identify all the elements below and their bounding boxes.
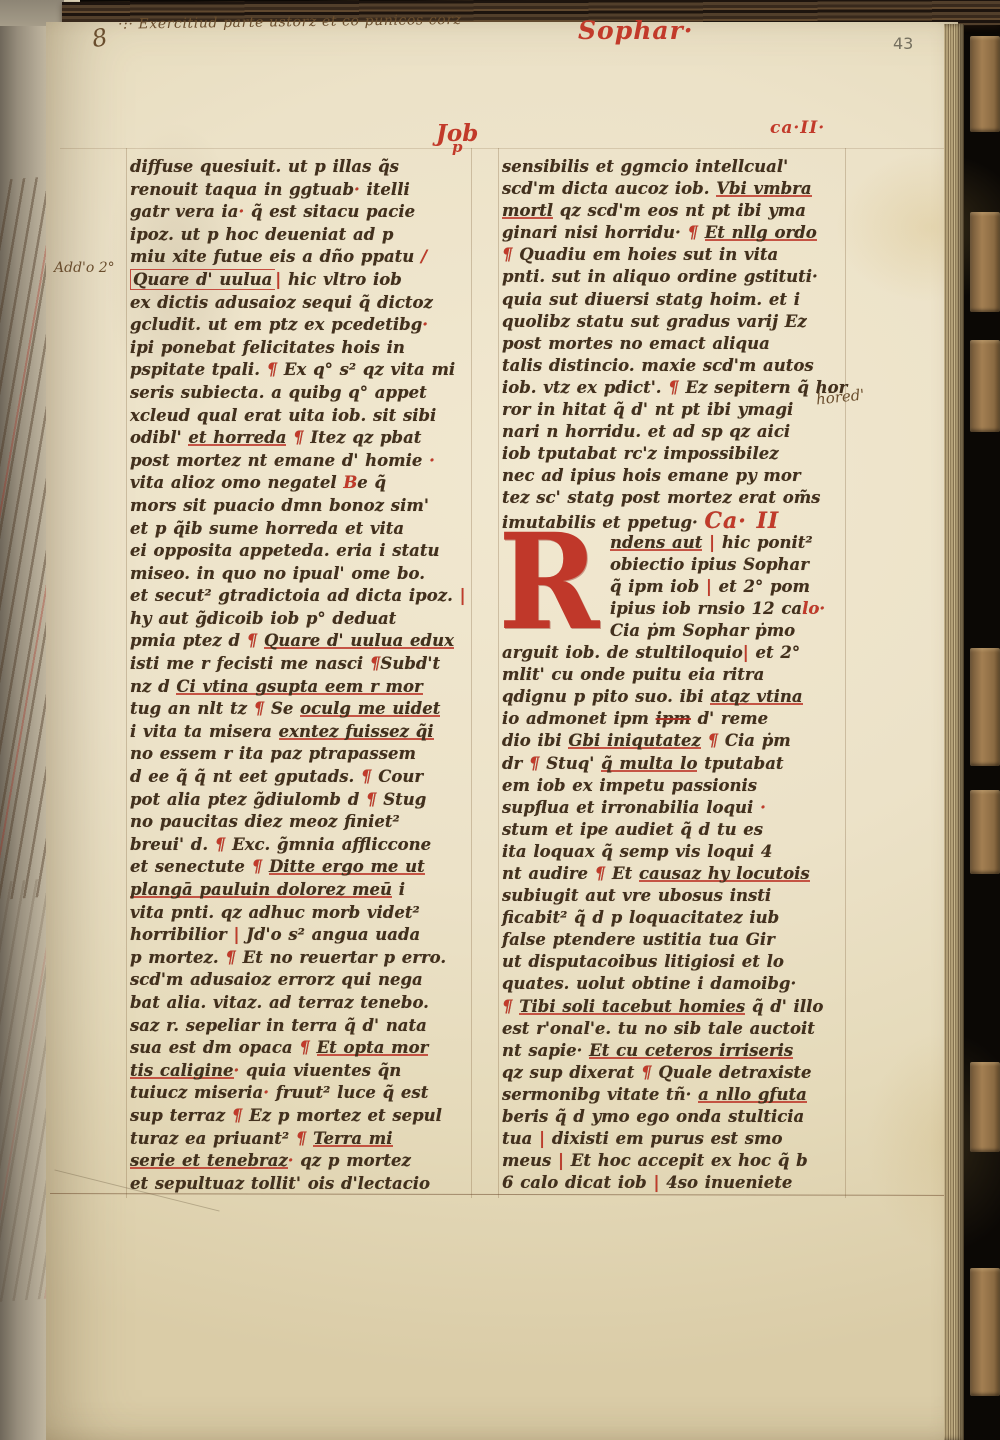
text-line: nt sapie· Et cu ceteros irriseris <box>502 1040 846 1062</box>
rubric-text: · <box>422 451 435 470</box>
script-text: Vbi vmbra <box>716 179 811 198</box>
text-line: ror in hitat q̃ d' nt pt ibi ymagi <box>502 399 846 421</box>
script-text: mortl <box>502 201 553 220</box>
rubric-text: ¶ <box>252 857 263 876</box>
script-text: gcludit. ut em ptz ex pcedetibg <box>130 315 422 334</box>
script-text: et horreda <box>188 428 286 447</box>
script-text: Ex q° s² qz vita mi <box>277 360 455 379</box>
script-text: renouit taqua in ggtuab <box>130 180 354 199</box>
script-text: Et opta mor <box>317 1038 429 1057</box>
script-text: Stug <box>376 790 426 809</box>
text-line: post mortes no emact aliqua <box>502 333 846 355</box>
text-line: ipius iob rnsio 12 calo· <box>610 598 846 620</box>
script-text: tputabat <box>697 754 783 773</box>
rubric-text: B <box>343 473 357 492</box>
text-line: scd'm dicta aucoz iob. Vbi vmbra <box>502 178 846 200</box>
text-line: ficabit² q̃ d p loquacitatez iub <box>502 907 846 929</box>
script-text: quolibz statu sut gradus varij Ez <box>502 312 807 331</box>
text-line: ¶ Quadiu em hoies sut in vita <box>502 244 846 266</box>
text-line: et p q̃ib sume horreda et vita <box>130 518 472 541</box>
script-text: est r'onal'e. tu no sib tale auctoit <box>502 1019 815 1038</box>
text-line: i vita ta misera exntez fuissez q̃i <box>130 721 472 744</box>
script-text: Et <box>605 864 639 883</box>
rubric-text: ¶ <box>641 1063 652 1082</box>
script-text: miseo. in quo no ipual' ome bo. <box>130 564 425 583</box>
script-text: nt sapie· <box>502 1041 589 1060</box>
ruling-vertical <box>498 148 499 1198</box>
text-line: q̃ ipm iob | et 2° pom <box>610 576 846 598</box>
rubric-text: ¶ <box>225 948 236 967</box>
script-text: et senectute <box>130 857 252 876</box>
script-text: 6 calo dicat iob <box>502 1173 653 1192</box>
rubric-text: lo· <box>802 599 825 618</box>
rubric-text: ¶ <box>247 631 258 650</box>
text-line: gatr vera ia· q̃ est sitacu pacie <box>130 201 472 224</box>
script-text: Quare d' uulua edux <box>264 631 454 650</box>
rubric-text: Ca· II <box>705 508 780 534</box>
text-line: sermonibg vitate tñ· a nllo gfuta <box>502 1084 846 1106</box>
script-text: Gbi iniqutatez <box>568 731 701 750</box>
script-text: et secut² gtradictoia ad dicta ipoz. <box>130 586 453 605</box>
script-text: sensibilis et ggmcio intellcual' <box>502 157 788 176</box>
script-text: talis distincio. maxie scd'm autos <box>502 356 814 375</box>
rubric-text: ¶ <box>708 731 719 750</box>
rubric-text: / <box>414 247 427 266</box>
rubric-text: ¶ <box>215 835 226 854</box>
script-text: nt audire <box>502 864 595 883</box>
text-line: qdignu p pito suo. ibi atqz vtina <box>502 686 846 708</box>
script-text: Quare d' uulua <box>130 269 275 290</box>
rubric-text: ¶ <box>502 997 513 1016</box>
text-line: pspitate tpali. ¶ Ex q° s² qz vita mi <box>130 359 472 382</box>
margin-note-additio: Add'o 2° <box>54 260 115 276</box>
index-tab <box>970 790 1000 874</box>
script-text: subiugit aut vre ubosus insti <box>502 886 771 905</box>
text-line: plangā pauluin dolorez meū i <box>130 879 472 902</box>
script-text: exntez fuissez q̃i <box>279 722 434 741</box>
script-text: pot alia ptez g̃diulomb d <box>130 790 366 809</box>
text-line: odibl' et horreda ¶ Itez qz pbat <box>130 427 472 450</box>
script-text: ex dictis adusaioz sequi q̃ dictoz <box>130 293 433 312</box>
text-line: scd'm adusaioz errorz qui nega <box>130 969 472 992</box>
text-line: ndens aut | hic ponit² <box>610 532 846 554</box>
script-text: isti me r fecisti me nasci <box>130 654 370 673</box>
column-header-chapter: ca·II· <box>770 118 825 138</box>
index-tab <box>970 648 1000 766</box>
script-text: itelli <box>360 180 410 199</box>
script-text: 4so inueniete <box>659 1173 792 1192</box>
text-line: et senectute ¶ Ditte ergo me ut <box>130 856 472 879</box>
script-text: Et cu ceteros irriseris <box>589 1041 793 1060</box>
script-text: xcleud qual erat uita iob. sit sibi <box>130 406 436 425</box>
script-text: tuiucz miseria <box>130 1083 263 1102</box>
manuscript-photo: { "page": { "running_title": "Sophar·", … <box>0 0 1000 1440</box>
script-text: Quale detraxiste <box>652 1063 812 1082</box>
script-text: qdignu p pito suo. ibi <box>502 687 710 706</box>
index-tab <box>970 1268 1000 1396</box>
rubric-text: · <box>753 798 766 817</box>
script-text: breui' d. <box>130 835 215 854</box>
script-text: iob. vtz ex pdict'. <box>502 378 668 397</box>
script-text <box>310 1038 317 1057</box>
script-text: sermonibg vitate tñ· <box>502 1085 698 1104</box>
script-text <box>262 857 269 876</box>
script-text: Ditte ergo me ut <box>269 857 425 876</box>
script-text: nz d <box>130 677 176 696</box>
text-line: nz d Ci vtina gsupta eem r mor <box>130 676 472 699</box>
column-red-mark: p <box>452 138 463 156</box>
text-line: turaz ea priuant² ¶ Terra mi <box>130 1128 472 1151</box>
script-text: em iob ex impetu passionis <box>502 776 757 795</box>
text-line: quolibz statu sut gradus varij Ez <box>502 311 846 333</box>
script-text: obiectio ipius Sophar <box>610 555 809 574</box>
script-text: hy aut g̃dicoib iob p° deduat <box>130 609 396 628</box>
script-text: Ci vtina gsupta eem r mor <box>176 677 422 696</box>
script-text: hic vltro iob <box>281 270 402 289</box>
text-line: talis distincio. maxie scd'm autos <box>502 355 846 377</box>
text-line: stum et ipe audiet q̃ d tu es <box>502 819 846 841</box>
script-text: Se <box>264 699 300 718</box>
script-text: fruut² luce q̃ est <box>269 1083 428 1102</box>
text-line: serie et tenebraz· qz p mortez <box>130 1150 472 1173</box>
script-text: e q̃ <box>357 473 386 492</box>
rubric-text: ¶ <box>361 767 372 786</box>
script-text: diffuse quesiuit. ut p illas q̃s <box>130 157 399 176</box>
rubric-text: ¶ <box>254 699 265 718</box>
drop-cap-initial: R <box>498 533 599 645</box>
script-text: tug an nlt tz <box>130 699 254 718</box>
text-line: 6 calo dicat iob | 4so inueniete <box>502 1172 846 1194</box>
script-text: scd'm adusaioz errorz qui nega <box>130 970 423 989</box>
script-text: false ptendere ustitia tua Gir <box>502 930 775 949</box>
text-line: ipoz. ut p hoc deueniat ad p <box>130 224 472 247</box>
script-text: q̃ est sitacu pacie <box>244 202 415 221</box>
script-text: Subd't <box>380 654 440 673</box>
script-text: Jd'o s² angua uada <box>239 925 420 944</box>
text-line: sup terraz ¶ Ez p mortez et sepul <box>130 1105 472 1128</box>
text-line: ¶ Tibi soli tacebut homies q̃ d' illo <box>502 996 846 1018</box>
script-text: pnti. sut in aliquo ordine gstituti· <box>502 267 818 286</box>
text-line: nec ad ipius hois emane py mor <box>502 465 846 487</box>
script-text: a nllo gfuta <box>698 1085 807 1104</box>
script-text: quates. uolut obtine i damoibg· <box>502 974 796 993</box>
script-text: ipius iob rnsio 12 ca <box>610 599 802 618</box>
script-text: horribilior <box>130 925 233 944</box>
text-line: quates. uolut obtine i damoibg· <box>502 973 846 995</box>
script-text: et p q̃ib sume horreda et vita <box>130 519 404 538</box>
text-line: ita loquax q̃ semp vis loqui 4 <box>502 841 846 863</box>
text-line: pnti. sut in aliquo ordine gstituti· <box>502 266 846 288</box>
ruling-horizontal-top <box>60 148 948 149</box>
text-line: horribilior | Jd'o s² angua uada <box>130 924 472 947</box>
text-line: dr ¶ Stuq' q̃ multa lo tputabat <box>502 753 846 775</box>
ruling-vertical <box>126 148 127 1198</box>
script-text: tis caligine <box>130 1061 234 1080</box>
script-text: ipi ponebat felicitates hois in <box>130 338 405 357</box>
script-text: Tibi soli tacebut homies <box>519 997 745 1016</box>
script-text: i vita ta misera <box>130 722 279 741</box>
script-text: Quadiu em hoies sut in vita <box>513 245 779 264</box>
text-line: p mortez. ¶ Et no reuertar p erro. <box>130 947 472 970</box>
script-text: bat alia. vitaz. ad terraz tenebo. <box>130 993 429 1012</box>
text-line: saz r. sepeliar in terra q̃ d' nata <box>130 1015 472 1038</box>
text-line: hy aut g̃dicoib iob p° deduat <box>130 608 472 631</box>
script-text: i <box>392 880 405 899</box>
script-text: ita loquax q̃ semp vis loqui 4 <box>502 842 772 861</box>
script-text: miu xite futue eis a dño ppatu <box>130 247 414 266</box>
script-text: qz sup dixerat <box>502 1063 641 1082</box>
script-text: qz scd'm eos nt pt ibi yma <box>553 201 806 220</box>
script-text: oculg me uidet <box>300 699 440 718</box>
script-text: Et nllg ordo <box>705 223 817 242</box>
text-line: seris subiecta. a quibg q° appet <box>130 382 472 405</box>
script-text: et 2° <box>749 643 800 662</box>
text-line: renouit taqua in ggtuab· itelli <box>130 179 472 202</box>
rubric-text: ¶ <box>366 790 377 809</box>
text-line: sensibilis et ggmcio intellcual' <box>502 156 846 178</box>
left-text-column: diffuse quesiuit. ut p illas q̃srenouit … <box>130 156 472 1195</box>
script-text: meus <box>502 1151 558 1170</box>
text-line: obiectio ipius Sophar <box>610 554 846 576</box>
script-text: qz p mortez <box>294 1151 411 1170</box>
script-text: post mortes no emact aliqua <box>502 334 770 353</box>
script-text: Cour <box>372 767 424 786</box>
rubric-text: ¶ <box>232 1106 243 1125</box>
script-text: scd'm dicta aucoz iob. <box>502 179 716 198</box>
script-text: plangā pauluin dolorez meū <box>130 880 392 899</box>
text-line: pot alia ptez g̃diulomb d ¶ Stug <box>130 789 472 812</box>
rubric-text: ¶ <box>370 654 381 673</box>
script-text: et sepultuaz tollit' ois d'lectacio <box>130 1174 430 1193</box>
text-line: iob tputabat rc'z impossibilez <box>502 443 846 465</box>
rubric-text: · <box>422 315 428 334</box>
script-text: supflua et irronabilia loqui <box>502 798 753 817</box>
script-text: saz r. sepeliar in terra q̃ d' nata <box>130 1016 427 1035</box>
text-line: xcleud qual erat uita iob. sit sibi <box>130 405 472 428</box>
rubric-text: ¶ <box>687 223 698 242</box>
script-text: Et hoc accepit ex hoc q̃ b <box>564 1151 808 1170</box>
text-line: tis caligine· quia viuentes q̃n <box>130 1060 472 1083</box>
script-text: ipm <box>656 709 691 728</box>
text-line: miu xite futue eis a dño ppatu / <box>130 246 472 269</box>
script-text: turaz ea priuant² <box>130 1129 296 1148</box>
text-line: meus | Et hoc accepit ex hoc q̃ b <box>502 1150 846 1172</box>
script-text: q̃ multa lo <box>601 754 697 773</box>
script-text: Et no reuertar p erro. <box>236 948 446 967</box>
text-line: tua | dixisti em purus est smo <box>502 1128 846 1150</box>
script-text: tua <box>502 1129 539 1148</box>
script-text: q̃ ipm iob <box>610 577 706 596</box>
script-text <box>701 731 708 750</box>
text-line: miseo. in quo no ipual' ome bo. <box>130 563 472 586</box>
text-line: tuiucz miseria· fruut² luce q̃ est <box>130 1082 472 1105</box>
text-line: sua est dm opaca ¶ Et opta mor <box>130 1037 472 1060</box>
text-line: no paucitas diez meoz finiet² <box>130 811 472 834</box>
script-text: nari n horridu. et ad sp qz aici <box>502 422 790 441</box>
text-line: em iob ex impetu passionis <box>502 775 846 797</box>
script-text: ficabit² q̃ d p loquacitatez iub <box>502 908 779 927</box>
index-tab <box>970 36 1000 132</box>
script-text: nec ad ipius hois emane py mor <box>502 466 801 485</box>
script-text: dixisti em purus est smo <box>545 1129 782 1148</box>
script-text <box>698 223 705 242</box>
rubric-text: ¶ <box>668 378 679 397</box>
text-line: d ee q̃ q̃ nt eet gputads. ¶ Cour <box>130 766 472 789</box>
script-text: Terra mi <box>313 1129 392 1148</box>
index-tab <box>970 212 1000 312</box>
text-line: pmia ptez d ¶ Quare d' uulua edux <box>130 630 472 653</box>
text-line: iob. vtz ex pdict'. ¶ Ez sepitern q̃ hor <box>502 377 846 399</box>
script-text: pmia ptez d <box>130 631 247 650</box>
script-text: Cia ṗm Sophar ṗmo <box>610 621 795 640</box>
script-text: stum et ipe audiet q̃ d tu es <box>502 820 763 839</box>
script-text: post mortez nt emane d' homie <box>130 451 422 470</box>
text-line: Quare d' uulua| hic vltro iob <box>130 269 472 292</box>
text-line: et sepultuaz tollit' ois d'lectacio <box>130 1173 472 1196</box>
script-text: causaz hy locutois <box>639 864 810 883</box>
script-text: seris subiecta. a quibg q° appet <box>130 383 427 402</box>
rubric-text: ¶ <box>529 754 540 773</box>
text-line: ipi ponebat felicitates hois in <box>130 337 472 360</box>
text-line: ginari nisi horridu· ¶ Et nllg ordo <box>502 222 846 244</box>
script-text: d' reme <box>691 709 768 728</box>
index-tab <box>970 340 1000 432</box>
script-text: gatr vera ia <box>130 202 238 221</box>
running-title: Sophar· <box>578 16 693 45</box>
script-text: Cia ṗm <box>718 731 791 750</box>
script-text: Ez sepitern q̃ hor <box>679 378 848 397</box>
script-text: iob tputabat rc'z impossibilez <box>502 444 779 463</box>
text-line: gcludit. ut em ptz ex pcedetibg· <box>130 314 472 337</box>
script-text: Exc. g̃mnia affliccone <box>225 835 431 854</box>
text-line: breui' d. ¶ Exc. g̃mnia affliccone <box>130 834 472 857</box>
text-line: et secut² gtradictoia ad dicta ipoz. | <box>130 585 472 608</box>
text-line: vita pnti. qz adhuc morb videt² <box>130 902 472 925</box>
text-line: est r'onal'e. tu no sib tale auctoit <box>502 1018 846 1040</box>
script-text: ei opposita appeteda. eria i statu <box>130 541 439 560</box>
page-edge-stack <box>944 24 964 1440</box>
text-line: mortl qz scd'm eos nt pt ibi yma <box>502 200 846 222</box>
script-text: vita alioz omo negatel <box>130 473 343 492</box>
script-text: ipoz. ut p hoc deueniat ad p <box>130 225 393 244</box>
text-line: post mortez nt emane d' homie · <box>130 450 472 473</box>
script-text: dio ibi <box>502 731 568 750</box>
script-text: d ee q̃ q̃ nt eet gputads. <box>130 767 361 786</box>
text-line: qz sup dixerat ¶ Quale detraxiste <box>502 1062 846 1084</box>
text-line: nari n horridu. et ad sp qz aici <box>502 421 846 443</box>
text-line: supflua et irronabilia loqui · <box>502 797 846 819</box>
script-text: mlit' cu onde puitu eia ritra <box>502 665 764 684</box>
script-text: hic ponit² <box>715 533 812 552</box>
script-text: quia viuentes q̃n <box>239 1061 401 1080</box>
text-line: ei opposita appeteda. eria i statu <box>130 540 472 563</box>
text-line: beris q̃ d ymo ego onda stulticia <box>502 1106 846 1128</box>
text-line: isti me r fecisti me nasci ¶Subd't <box>130 653 472 676</box>
script-text: ndens aut <box>610 533 702 552</box>
rubric-text: ¶ <box>267 360 278 379</box>
folio-number: 43 <box>893 34 913 53</box>
right-text-column: R sensibilis et ggmcio intellcual'scd'm … <box>502 156 846 1194</box>
script-text: atqz vtina <box>710 687 802 706</box>
script-text: sua est dm opaca <box>130 1038 299 1057</box>
text-line: dio ibi Gbi iniqutatez ¶ Cia ṗm <box>502 730 846 752</box>
text-line: vita alioz omo negatel Be q̃ <box>130 472 472 495</box>
text-line: ex dictis adusaioz sequi q̃ dictoz <box>130 292 472 315</box>
text-line: diffuse quesiuit. ut p illas q̃s <box>130 156 472 179</box>
script-text: dr <box>502 754 529 773</box>
rubric-text: ¶ <box>595 864 606 883</box>
rubric-text: ¶ <box>293 428 304 447</box>
script-text: quia sut diuersi statg hoim. et i <box>502 290 800 309</box>
script-text: sup terraz <box>130 1106 232 1125</box>
text-line: mors sit puacio dmn bonoz sim' <box>130 495 472 518</box>
script-text: no paucitas diez meoz finiet² <box>130 812 400 831</box>
script-text: ginari nisi horridu· <box>502 223 687 242</box>
script-text: Itez qz pbat <box>304 428 422 447</box>
script-text: ror in hitat q̃ d' nt pt ibi ymagi <box>502 400 793 419</box>
script-text: Ez p mortez et sepul <box>242 1106 442 1125</box>
script-text: q̃ d' illo <box>745 997 823 1016</box>
index-tab <box>970 1062 1000 1152</box>
script-text: beris q̃ d ymo ego onda stulticia <box>502 1107 804 1126</box>
script-text: odibl' <box>130 428 188 447</box>
script-text: pspitate tpali. <box>130 360 267 379</box>
text-line: nt audire ¶ Et causaz hy locutois <box>502 863 846 885</box>
script-text: ut disputacoibus litigiosi et lo <box>502 952 784 971</box>
script-text: vita pnti. qz adhuc morb videt² <box>130 903 420 922</box>
script-text: mors sit puacio dmn bonoz sim' <box>130 496 429 515</box>
rubric-text: ¶ <box>502 245 513 264</box>
text-line: subiugit aut vre ubosus insti <box>502 885 846 907</box>
text-line: no essem r ita paz ptrapassem <box>130 743 472 766</box>
text-line: io admonet ipm ipm d' reme <box>502 708 846 730</box>
script-text: io admonet ipm <box>502 709 656 728</box>
script-text: no essem r ita paz ptrapassem <box>130 744 416 763</box>
text-line: Cia ṗm Sophar ṗmo <box>610 620 846 642</box>
rubric-text: ¶ <box>296 1129 307 1148</box>
text-line: mlit' cu onde puitu eia ritra <box>502 664 846 686</box>
text-line: ut disputacoibus litigiosi et lo <box>502 951 846 973</box>
script-text: Stuq' <box>539 754 601 773</box>
text-line: tug an nlt tz ¶ Se oculg me uidet <box>130 698 472 721</box>
rubric-text: | <box>453 586 466 605</box>
script-text: p mortez. <box>130 948 225 967</box>
script-text: serie et tenebraz <box>130 1151 288 1170</box>
text-line: quia sut diuersi statg hoim. et i <box>502 289 846 311</box>
script-text <box>257 631 264 650</box>
script-text: et 2° pom <box>712 577 810 596</box>
rubric-text: ¶ <box>299 1038 310 1057</box>
text-line: false ptendere ustitia tua Gir <box>502 929 846 951</box>
text-line: bat alia. vitaz. ad terraz tenebo. <box>130 992 472 1015</box>
